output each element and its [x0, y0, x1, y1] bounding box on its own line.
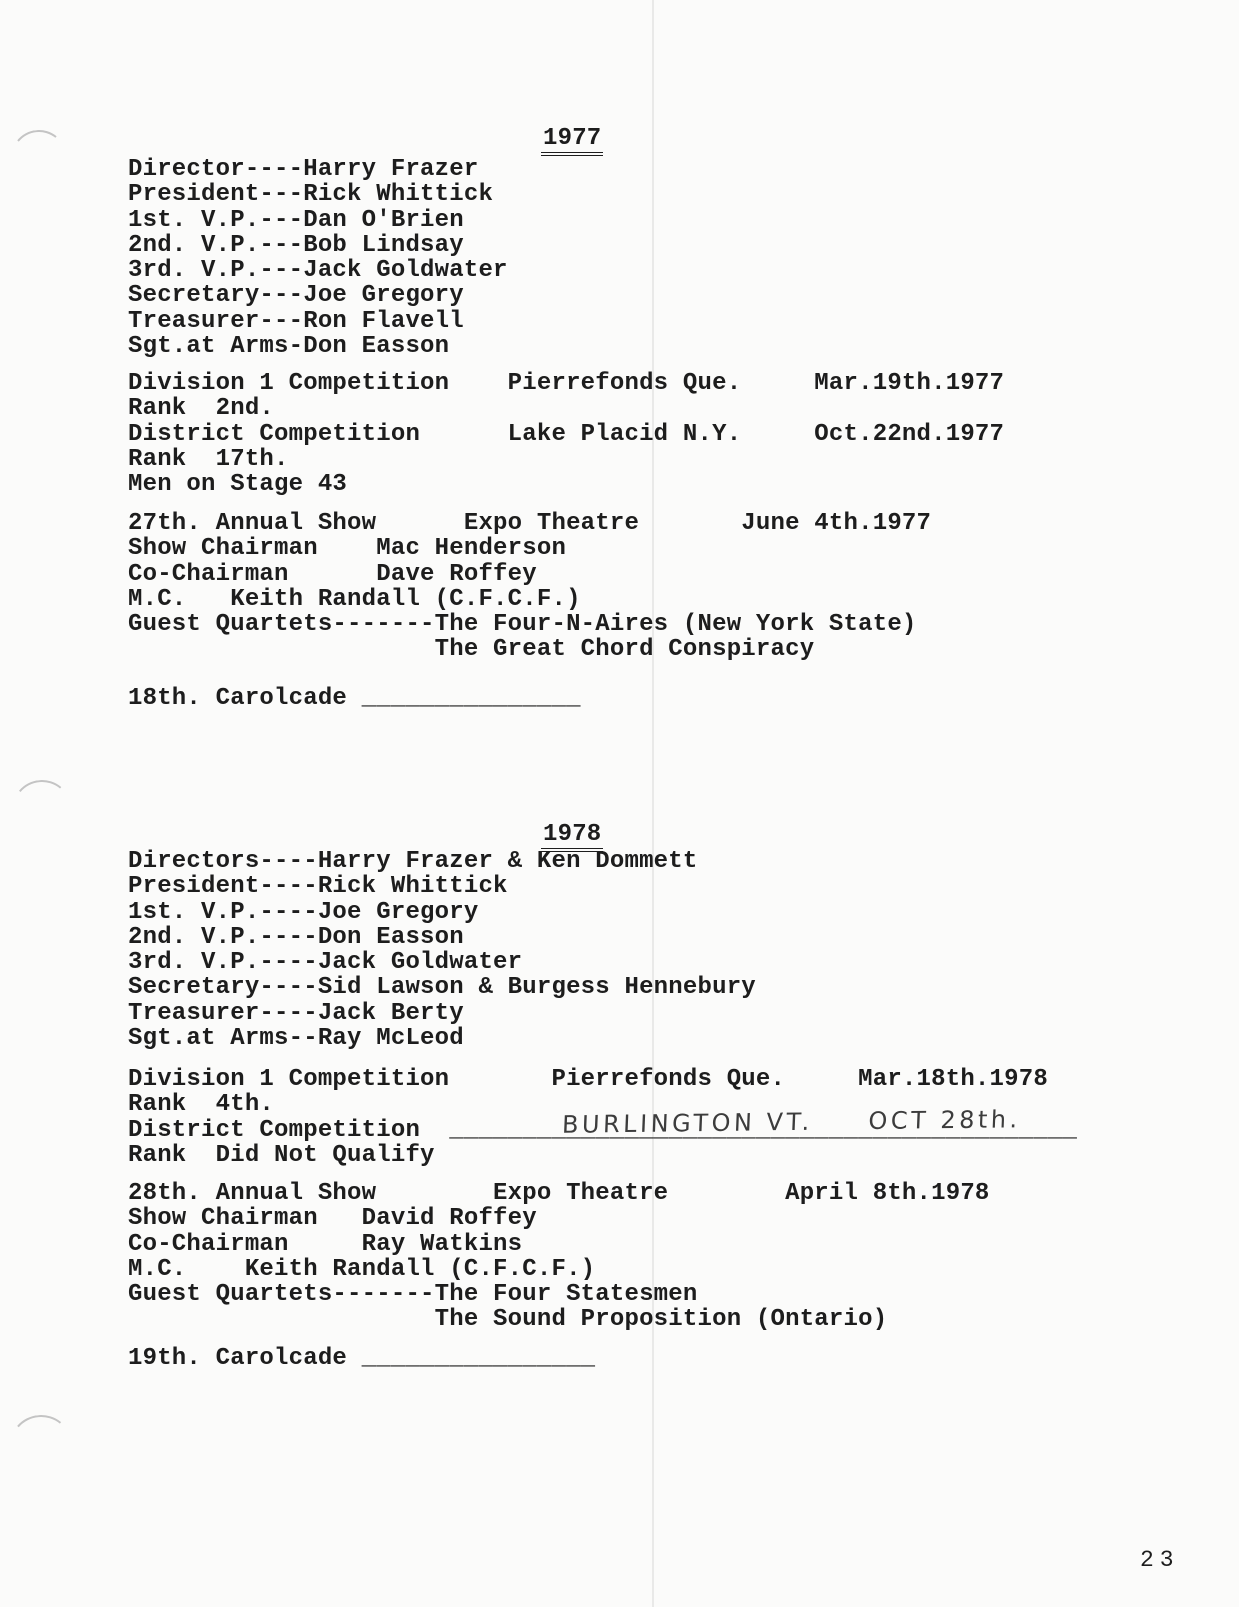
show-line-co-chairman: Co-Chairman Dave Roffey [128, 562, 931, 587]
show-line-chairman: Show Chairman Mac Henderson [128, 536, 931, 561]
annual-show-1977: 27th. Annual Show Expo Theatre June 4th.… [128, 511, 931, 663]
show-line-guest-quartets-2: The Sound Proposition (Ontario) [128, 1307, 990, 1332]
show-line-chairman: Show Chairman David Roffey [128, 1206, 990, 1231]
show-line-mc: M.C. Keith Randall (C.F.C.F.) [128, 1257, 990, 1282]
officer-line-secretary: Secretary----Sid Lawson & Burgess Henneb… [128, 975, 756, 1000]
competition-line-district: District Competition Lake Placid N.Y. Oc… [128, 422, 1004, 447]
page-number: 23 [1140, 1547, 1180, 1573]
scan-arc-top [8, 127, 70, 189]
officer-line-sgt-at-arms: Sgt.at Arms--Ray McLeod [128, 1026, 756, 1051]
competition-results-1977: Division 1 Competition Pierrefonds Que. … [128, 371, 1004, 497]
officer-line-director: Director----Harry Frazer [128, 157, 508, 182]
competition-line-men-on-stage: Men on Stage 43 [128, 472, 1004, 497]
officer-line-3rd-vp: 3rd. V.P.---Jack Goldwater [128, 258, 508, 283]
carolcade-1978: 19th. Carolcade ________________ [128, 1346, 595, 1371]
competition-line-division: Division 1 Competition Pierrefonds Que. … [128, 1067, 1077, 1092]
carolcade-1977: 18th. Carolcade _______________ [128, 686, 581, 711]
carolcade-line: 18th. Carolcade _______________ [128, 686, 581, 711]
officer-line-2nd-vp: 2nd. V.P.---Bob Lindsay [128, 233, 508, 258]
show-line-title: 27th. Annual Show Expo Theatre June 4th.… [128, 511, 931, 536]
competition-line-rank-2: Rank 17th. [128, 447, 1004, 472]
show-line-guest-quartets: Guest Quartets-------The Four Statesmen [128, 1282, 990, 1307]
competition-line-rank: Rank 2nd. [128, 396, 1004, 421]
scan-arc-bottom [8, 1412, 75, 1477]
officer-line-treasurer: Treasurer---Ron Flavell [128, 309, 508, 334]
annual-show-1978: 28th. Annual Show Expo Theatre April 8th… [128, 1181, 990, 1333]
officer-line-sgt-at-arms: Sgt.at Arms-Don Easson [128, 334, 508, 359]
competition-line-rank-dnq: Rank Did Not Qualify [128, 1143, 1077, 1168]
scan-arc-middle [9, 777, 74, 842]
officer-line-2nd-vp: 2nd. V.P.----Don Easson [128, 925, 756, 950]
officer-line-3rd-vp: 3rd. V.P.----Jack Goldwater [128, 950, 756, 975]
show-line-co-chairman: Co-Chairman Ray Watkins [128, 1232, 990, 1257]
officers-list-1978: Directors----Harry Frazer & Ken Dommett … [128, 849, 756, 1051]
officer-line-treasurer: Treasurer----Jack Berty [128, 1001, 756, 1026]
officer-line-president: President---Rick Whittick [128, 182, 508, 207]
show-line-mc: M.C. Keith Randall (C.F.C.F.) [128, 587, 931, 612]
officer-line-directors: Directors----Harry Frazer & Ken Dommett [128, 849, 756, 874]
officer-line-president: President----Rick Whittick [128, 874, 756, 899]
officer-line-secretary: Secretary---Joe Gregory [128, 283, 508, 308]
competition-line-division: Division 1 Competition Pierrefonds Que. … [128, 371, 1004, 396]
document-page: 1977 Director----Harry Frazer President-… [0, 0, 1239, 1607]
officer-line-1st-vp: 1st. V.P.----Joe Gregory [128, 900, 756, 925]
show-line-title: 28th. Annual Show Expo Theatre April 8th… [128, 1181, 990, 1206]
fold-line [652, 0, 654, 1607]
handwritten-note: BURLINGTON VT. OCT 28th. [561, 1105, 1021, 1139]
carolcade-line: 19th. Carolcade ________________ [128, 1346, 595, 1371]
year-title-1977: 1977 [541, 126, 603, 156]
show-line-guest-quartets: Guest Quartets-------The Four-N-Aires (N… [128, 612, 931, 637]
show-line-guest-quartets-2: The Great Chord Conspiracy [128, 637, 931, 662]
officer-line-1st-vp: 1st. V.P.---Dan O'Brien [128, 208, 508, 233]
officers-list-1977: Director----Harry Frazer President---Ric… [128, 157, 508, 359]
